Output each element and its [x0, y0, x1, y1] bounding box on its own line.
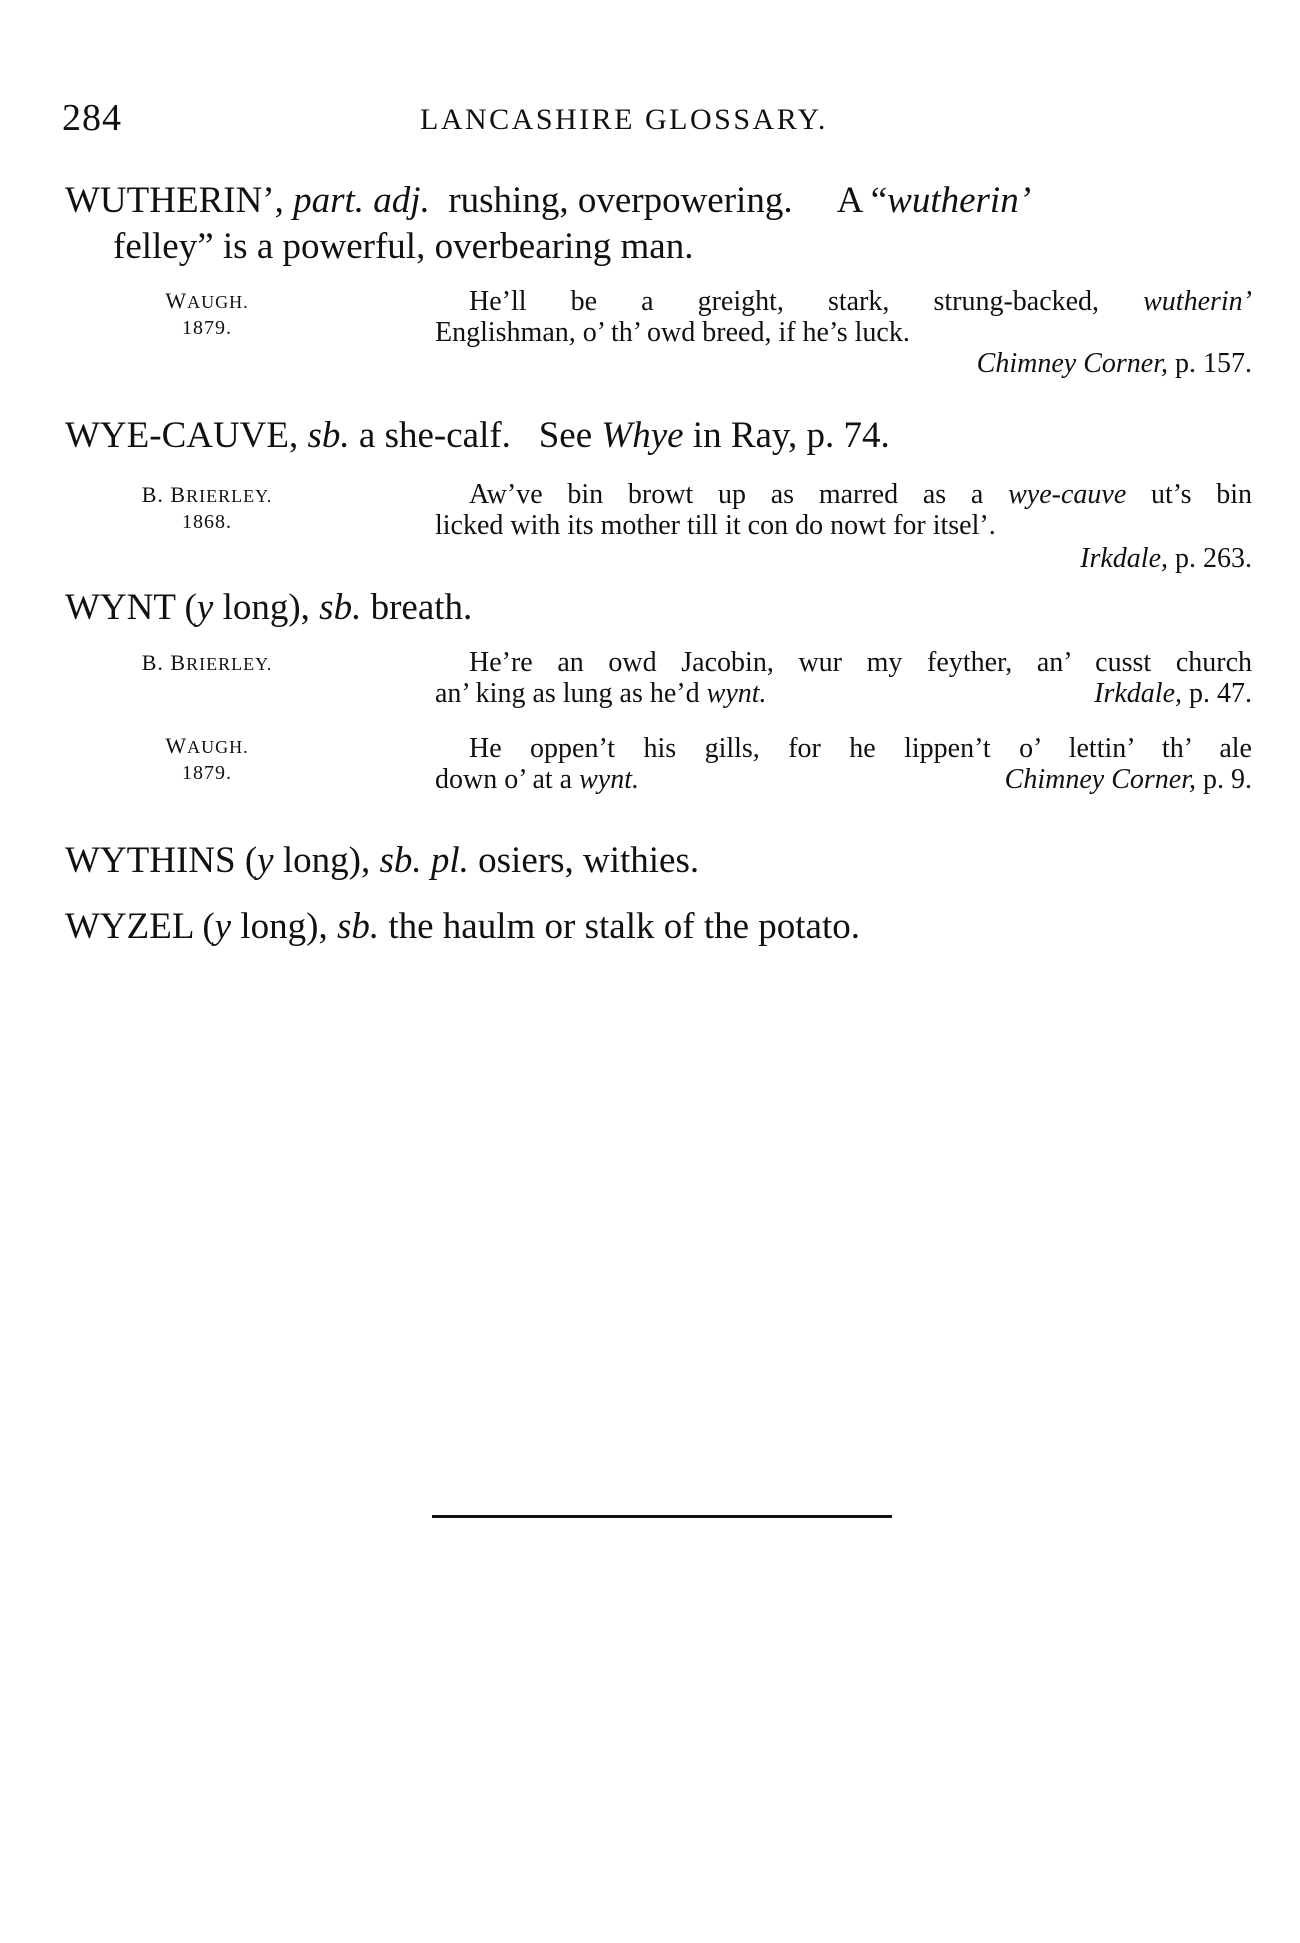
headword: WYZEL	[65, 906, 193, 947]
part-of-speech: sb.	[308, 415, 350, 456]
entry-wyzel: WYZEL (y long), sb. the haulm or stalk o…	[65, 904, 860, 950]
part-of-speech: sb. pl.	[379, 840, 468, 881]
citation-source: Chimney Corner, p. 157.	[435, 348, 1252, 379]
definition: See	[539, 415, 592, 456]
citation-quote: He oppen’t his gills, for he lippen’t o’…	[435, 733, 1252, 795]
definition-italic: wutherin’	[887, 180, 1031, 221]
headword: WUTHERIN’,	[65, 180, 284, 221]
entry-wye-cauve: WYE-CAUVE, sb. a she-calf. See Whye in R…	[65, 413, 890, 459]
definition: osiers, withies.	[478, 840, 699, 881]
citation-quote: He’ll be a greight, stark, strung-backed…	[435, 286, 1252, 348]
citation-quote: Aw’ve bin browt up as marred as a wye-ca…	[435, 479, 1252, 541]
section-end-rule	[432, 1515, 892, 1518]
entry-wutherin: WUTHERIN’, part. adj. rushing, overpower…	[65, 178, 1031, 224]
part-of-speech: sb.	[337, 906, 379, 947]
definition: rushing, overpowering.	[448, 180, 792, 221]
citation-source: Irkdale, p. 263.	[435, 543, 1252, 574]
entry-wynt: WYNT (y long), sb. breath.	[65, 585, 472, 631]
citation-source: Irkdale, p. 47.	[1094, 678, 1252, 709]
citation-year: 1879.	[182, 317, 232, 339]
citation-author: WAUGH. 1879.	[97, 733, 317, 786]
running-title: LANCASHIRE GLOSSARY.	[420, 103, 828, 137]
citation-source: Chimney Corner, p. 9.	[1005, 764, 1252, 795]
part-of-speech: sb.	[319, 587, 361, 628]
definition-continuation: felley” is a powerful, overbearing man.	[113, 224, 693, 270]
citation-year: 1879.	[182, 762, 232, 784]
headword: WYE-CAUVE,	[65, 415, 298, 456]
headword: WYNT	[65, 587, 175, 628]
citation-quote: He’re an owd Jacobin, wur my feyther, an…	[435, 647, 1252, 709]
page-number: 284	[62, 96, 122, 140]
headword: WYTHINS	[65, 840, 236, 881]
entry-wythins: WYTHINS (y long), sb. pl. osiers, withie…	[65, 838, 699, 884]
definition: in Ray, p. 74.	[693, 415, 890, 456]
definition: breath.	[371, 587, 473, 628]
citation-author: B. BRIERLEY.	[97, 650, 317, 677]
definition: A “	[837, 180, 887, 221]
part-of-speech: part. adj.	[293, 180, 430, 221]
citation-author: B. BRIERLEY. 1868.	[97, 482, 317, 535]
citation-author: WAUGH. 1879.	[97, 288, 317, 341]
definition-italic: Whye	[601, 415, 683, 456]
citation-year: 1868.	[182, 511, 232, 533]
definition: a she-calf.	[359, 415, 511, 456]
definition: the haulm or stalk of the potato.	[388, 906, 860, 947]
